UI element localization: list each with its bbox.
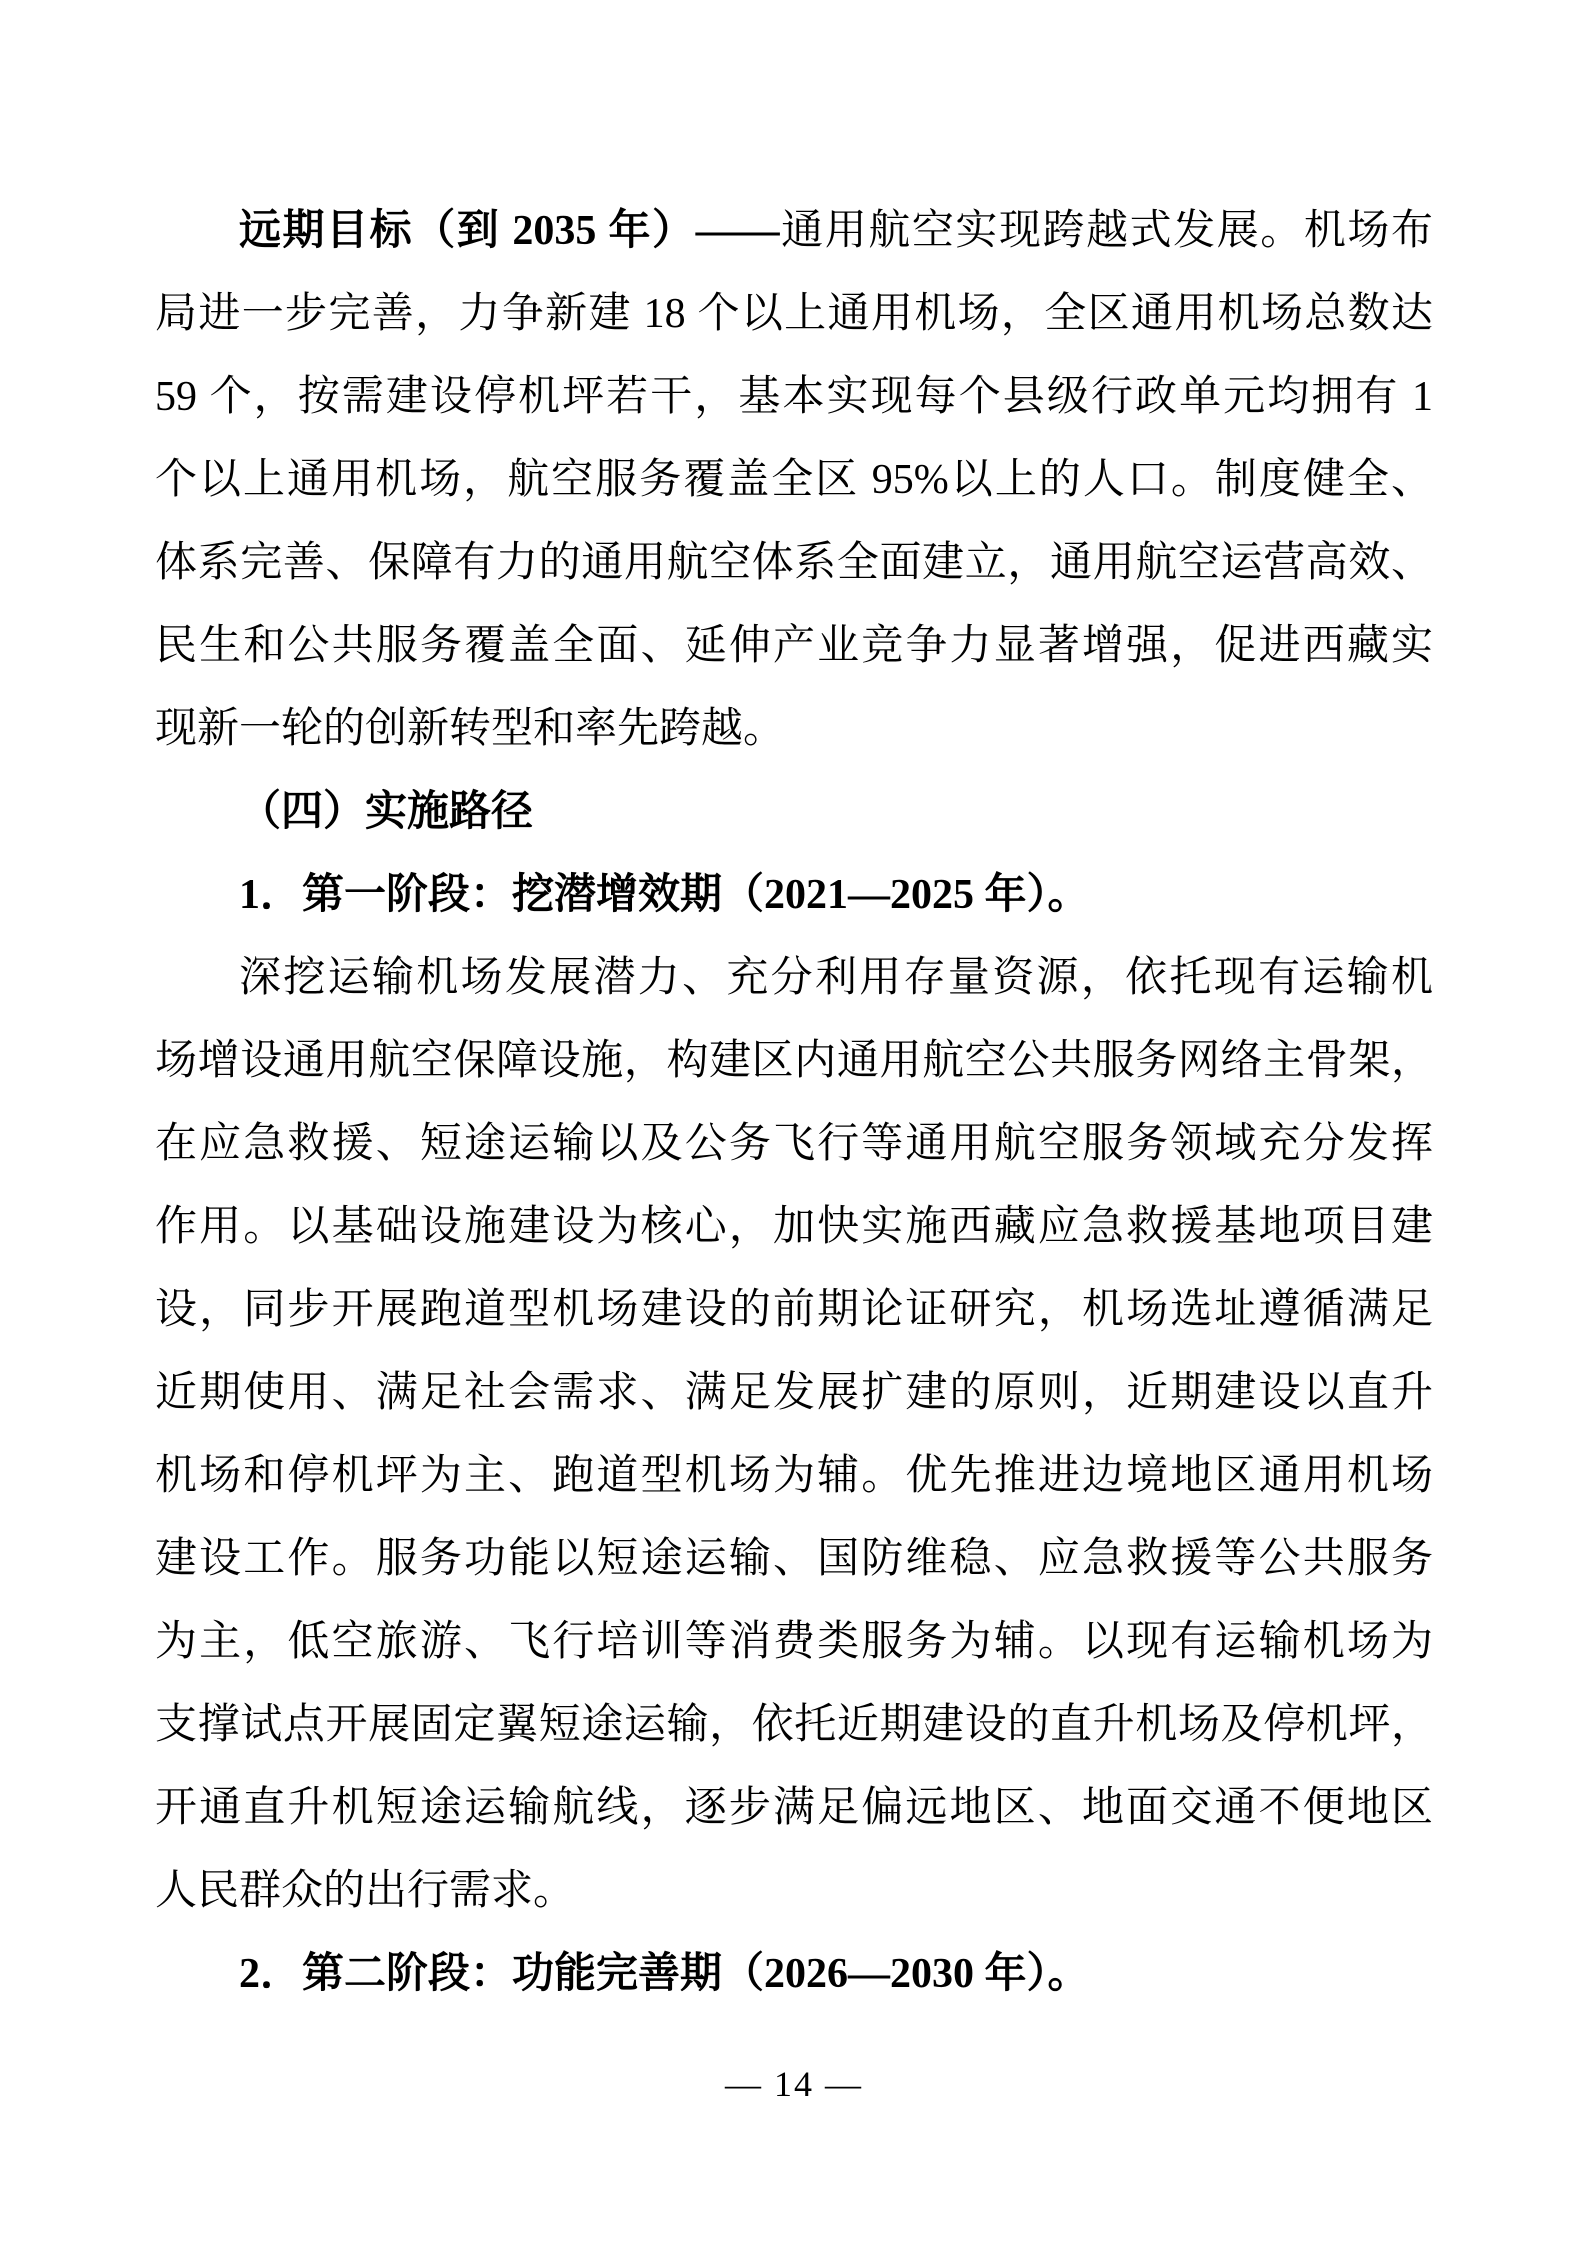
paragraph-line: 民生和公共服务覆盖全面、延伸产业竞争力显著增强，促进西藏实: [155, 605, 1433, 688]
paragraph-line: 支撑试点开展固定翼短途运输，依托近期建设的直升机场及停机坪，: [155, 1684, 1433, 1767]
page-number: — 14 —: [0, 2062, 1588, 2106]
paragraph-line: 深挖运输机场发展潜力、充分利用存量资源，依托现有运输机: [155, 937, 1433, 1020]
paragraph-line: 机场和停机坪为主、跑道型机场为辅。优先推进边境地区通用机场: [155, 1435, 1433, 1518]
paragraph-line: 远期目标（到 2035 年）——通用航空实现跨越式发展。机场布: [155, 190, 1433, 273]
paragraph-line: 局进一步完善，力争新建 18 个以上通用机场，全区通用机场总数达: [155, 273, 1433, 356]
document-page: 远期目标（到 2035 年）——通用航空实现跨越式发展。机场布 局进一步完善，力…: [0, 0, 1588, 2245]
document-body: 远期目标（到 2035 年）——通用航空实现跨越式发展。机场布 局进一步完善，力…: [155, 190, 1433, 2016]
paragraph-line: 体系完善、保障有力的通用航空体系全面建立，通用航空运营高效、: [155, 522, 1433, 605]
paragraph-line: 人民群众的出行需求。: [155, 1850, 1433, 1933]
paragraph-line: 场增设通用航空保障设施，构建区内通用航空公共服务网络主骨架，: [155, 1020, 1433, 1103]
stage-1-heading: 1．第一阶段：挖潜增效期（2021—2025 年）。: [155, 854, 1433, 937]
paragraph-line: 为主，低空旅游、飞行培训等消费类服务为辅。以现有运输机场为: [155, 1601, 1433, 1684]
paragraph-line: 作用。以基础设施建设为核心，加快实施西藏应急救援基地项目建: [155, 1186, 1433, 1269]
stage-2-heading: 2．第二阶段：功能完善期（2026—2030 年）。: [155, 1933, 1433, 2016]
paragraph-line: 建设工作。服务功能以短途运输、国防维稳、应急救援等公共服务: [155, 1518, 1433, 1601]
paragraph-line: 近期使用、满足社会需求、满足发展扩建的原则，近期建设以直升: [155, 1352, 1433, 1435]
paragraph-line: 个以上通用机场，航空服务覆盖全区 95%以上的人口。制度健全、: [155, 439, 1433, 522]
paragraph-line: 开通直升机短途运输航线，逐步满足偏远地区、地面交通不便地区: [155, 1767, 1433, 1850]
paragraph-line: 59 个，按需建设停机坪若干，基本实现每个县级行政单元均拥有 1: [155, 356, 1433, 439]
section-heading: （四）实施路径: [155, 771, 1433, 854]
paragraph-lead-bold: 远期目标（到 2035 年）——: [239, 208, 780, 254]
paragraph-line: 设，同步开展跑道型机场建设的前期论证研究，机场选址遵循满足: [155, 1269, 1433, 1352]
paragraph-line: 在应急救援、短途运输以及公务飞行等通用航空服务领域充分发挥: [155, 1103, 1433, 1186]
paragraph-line: 现新一轮的创新转型和率先跨越。: [155, 688, 1433, 771]
paragraph-line-text: 通用航空实现跨越式发展。机场布: [780, 208, 1433, 254]
